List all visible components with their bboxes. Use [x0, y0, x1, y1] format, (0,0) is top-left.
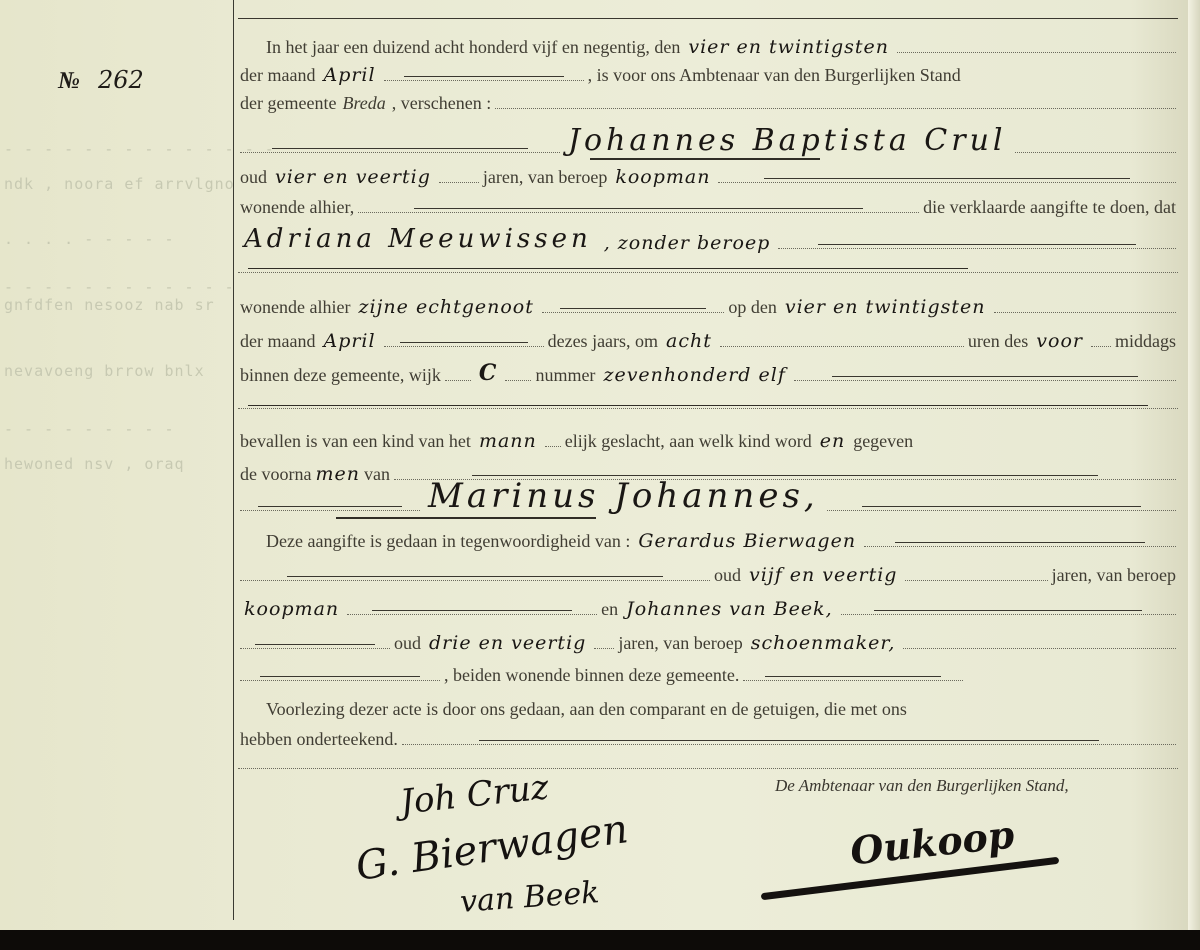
underline	[336, 517, 596, 519]
line-witness-intro: Deze aangifte is gedaan in tegenwoordigh…	[238, 522, 1178, 552]
fill-line	[545, 446, 561, 447]
birth-hour: acht	[660, 330, 718, 352]
line-residence: wonende alhier, die verklaarde aangifte …	[238, 188, 1178, 218]
printed-text: , is voor ons Ambtenaar van den Burgerli…	[586, 65, 963, 86]
line-witness-2-name: koopman en Johannes van Beek,	[238, 590, 1178, 620]
bleed-through-text: . . . . - - - - -	[4, 230, 175, 248]
line-month: der maand April , is voor ons Ambtenaar …	[238, 56, 1178, 86]
top-rule	[238, 18, 1178, 19]
handwritten-day: vier en twintigsten	[682, 36, 895, 58]
printed-text: elijk geslacht, aan welk kind word	[563, 431, 814, 452]
fill-line	[240, 680, 440, 681]
fill-line	[720, 346, 964, 347]
printed-text: dezes jaars, om	[546, 331, 660, 352]
printed-text: In het jaar een duizend acht honderd vij…	[264, 37, 682, 58]
fill-line	[402, 744, 1176, 745]
witness-2-age: drie en veertig	[423, 632, 592, 654]
fill-line	[439, 182, 479, 183]
printed-text: op den	[726, 297, 779, 318]
line-municipality: der gemeente Breda , verschenen :	[238, 84, 1178, 114]
printed-text: oud	[238, 167, 269, 188]
line-year: In het jaar een duizend acht honderd vij…	[238, 28, 1178, 58]
line-declarant-age: oud vier en veertig jaren, van beroep ko…	[238, 158, 1178, 188]
line-birth-time: der maand April dezes jaars, om acht ure…	[238, 322, 1178, 352]
bleed-through-text: - - - - - - - - - - - -	[4, 278, 235, 296]
printed-text: der gemeente	[238, 93, 338, 114]
fill-line	[903, 648, 1176, 649]
document-page: - - - - - - - - - - - - - - ndk , noora …	[0, 0, 1190, 938]
fill-line	[1015, 152, 1177, 153]
fill-line	[594, 648, 614, 649]
bleed-through-text: hewoned nsv , oraq	[4, 455, 185, 473]
am-pm: voor	[1030, 330, 1089, 352]
printed-text: , verschenen :	[390, 93, 493, 114]
fill-line	[542, 312, 724, 313]
witness-1-occupation: koopman	[238, 598, 345, 620]
sex: mann	[473, 430, 543, 452]
fill-line	[994, 312, 1176, 313]
line-sex: bevallen is van een kind van het mann el…	[238, 422, 1178, 452]
bleed-through-text: - - - - - - - - -	[4, 420, 175, 438]
scan-border	[0, 930, 1200, 950]
signature-declarant: Joh Cruz	[398, 767, 550, 822]
official-title: De Ambtenaar van den Burgerlijken Stand,	[775, 776, 1069, 796]
underline	[248, 405, 1148, 406]
witness-2-name: Johannes van Beek,	[620, 598, 838, 620]
underline	[248, 268, 968, 269]
fill-line	[384, 346, 544, 347]
ward: C	[473, 360, 504, 386]
printed-text: middags	[1113, 331, 1178, 352]
bleed-through-text: ndk , noora ef arrvlgno	[4, 175, 235, 193]
fill-line	[240, 152, 560, 153]
printed-text: binnen deze gemeente, wijk	[238, 365, 443, 386]
fill-line	[794, 380, 1176, 381]
fill-line	[384, 80, 584, 81]
line-signed: hebben onderteekend.	[238, 720, 1178, 750]
plural-suffix: en	[814, 430, 851, 452]
printed-text: die verklaarde aangifte te doen, dat	[921, 197, 1178, 218]
birth-day: vier en twintigsten	[779, 296, 992, 318]
line-child-name: Marinus Johannes,	[238, 476, 1178, 516]
fill-line	[240, 648, 390, 649]
printed-text: Voorlezing dezer acte is door ons gedaan…	[264, 699, 909, 720]
printed-text: Deze aangifte is gedaan in tegenwoordigh…	[264, 531, 632, 552]
number-sign: №	[58, 68, 80, 94]
fill-line	[864, 546, 1176, 547]
declarant-occupation: koopman	[609, 166, 716, 188]
signature-witness-2: van Beek	[459, 875, 601, 920]
fill-line	[827, 510, 1176, 511]
declarant-age: vier en veertig	[269, 166, 437, 188]
line-mother: Adriana Meeuwissen , zonder beroep	[238, 220, 1178, 254]
house-number: zevenhonderd elf	[597, 364, 791, 386]
fill-line	[743, 680, 963, 681]
line-declarant: Johannes Baptista Crul	[238, 122, 1178, 158]
fill-line	[238, 272, 1178, 273]
printed-text: hebben onderteekend.	[238, 729, 400, 750]
printed-text: uren des	[966, 331, 1030, 352]
fill-line	[238, 408, 1178, 409]
printed-text: oud	[712, 565, 743, 586]
fill-line	[505, 380, 531, 381]
fill-line	[445, 380, 471, 381]
printed-text: bevallen is van een kind van het	[238, 431, 473, 452]
bleed-through-text: gnfdfen nesooz nab sr	[4, 296, 215, 314]
line-witness-1-age: oud vijf en veertig jaren, van beroep	[238, 556, 1178, 586]
printed-text: gegeven	[851, 431, 915, 452]
fill-line	[718, 182, 1176, 183]
declarant-name: Johannes Baptista Crul	[562, 123, 1013, 158]
fill-line	[358, 212, 919, 213]
witness-1-name: Gerardus Bierwagen	[632, 530, 862, 552]
mother-occupation: , zonder beroep	[598, 232, 777, 254]
fill-line	[841, 614, 1176, 615]
fill-line	[240, 510, 420, 511]
municipality-name: Breda	[338, 93, 389, 114]
relationship: zijne echtgenoot	[352, 296, 539, 318]
line-reading: Voorlezing dezer acte is door ons gedaan…	[238, 690, 1178, 720]
printed-text: jaren, van beroep	[1050, 565, 1178, 586]
bleed-through-text: nevavoeng brrow bnlx	[4, 362, 205, 380]
entry-number: № 262	[58, 66, 144, 95]
printed-text: oud	[392, 633, 423, 654]
witness-1-age: vijf en veertig	[743, 564, 903, 586]
handwritten-month: April	[317, 64, 381, 86]
printed-text: wonende alhier,	[238, 197, 356, 218]
printed-text: jaren, van beroep	[616, 633, 744, 654]
line-mother-residence: wonende alhier zijne echtgenoot op den v…	[238, 288, 1178, 318]
line-witness-2-age: oud drie en veertig jaren, van beroep sc…	[238, 624, 1178, 654]
fill-line	[238, 768, 1178, 769]
entry-number-value: 262	[98, 66, 144, 94]
printed-text: en	[599, 599, 620, 620]
fill-line	[905, 580, 1047, 581]
page-edge	[1188, 0, 1200, 938]
child-name: Marinus Johannes,	[422, 476, 825, 516]
birth-month: April	[317, 330, 381, 352]
fill-line	[778, 248, 1176, 249]
margin-rule	[233, 0, 234, 920]
witness-2-occupation: schoenmaker,	[745, 632, 902, 654]
fill-line	[897, 52, 1176, 53]
line-address: binnen deze gemeente, wijk C nummer zeve…	[238, 356, 1178, 386]
printed-text: jaren, van beroep	[481, 167, 609, 188]
fill-line	[1091, 346, 1111, 347]
printed-text: , beiden wonende binnen deze gemeente.	[442, 665, 741, 686]
printed-text: wonende alhier	[238, 297, 352, 318]
mother-name: Adriana Meeuwissen	[238, 224, 598, 254]
printed-text: der maand	[238, 331, 317, 352]
fill-line	[240, 580, 710, 581]
fill-line	[495, 108, 1176, 109]
bleed-through-text: - - - - - - - - - - - - - -	[4, 140, 275, 158]
fill-line	[347, 614, 597, 615]
printed-text: der maand	[238, 65, 317, 86]
line-witness-residence: , beiden wonende binnen deze gemeente.	[238, 656, 1178, 686]
printed-text: nummer	[533, 365, 597, 386]
